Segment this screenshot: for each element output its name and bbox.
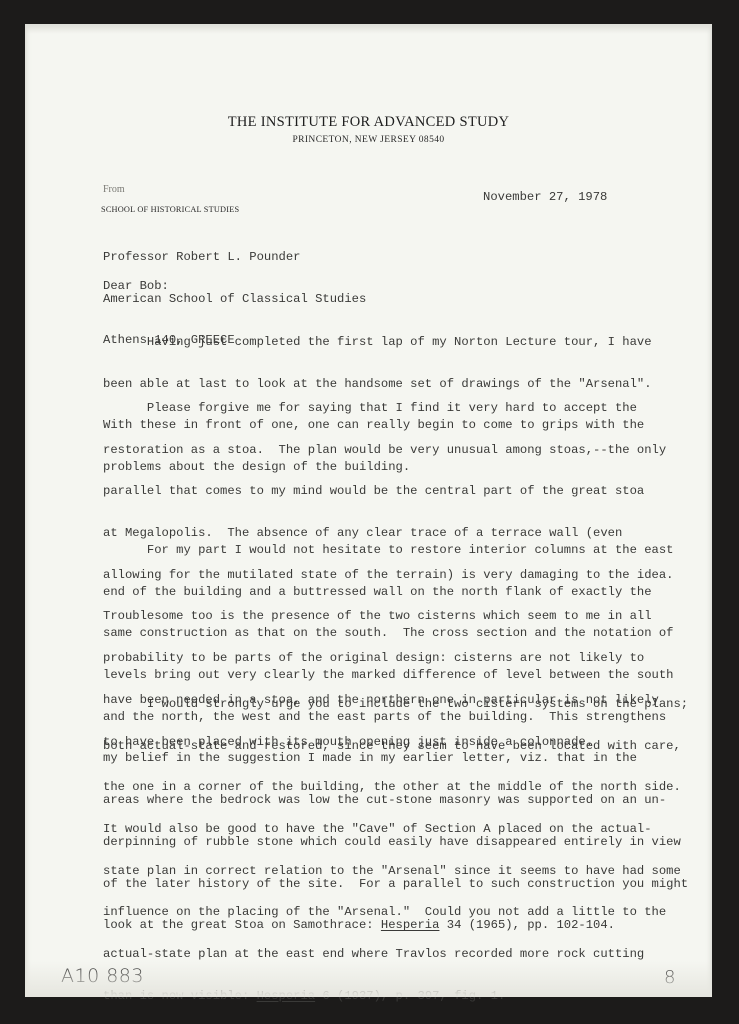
text-line: I would strongly urge you to include the… <box>103 698 688 712</box>
letter-date: November 27, 1978 <box>483 191 607 205</box>
text-line: For my part I would not hesitate to rest… <box>103 544 688 558</box>
body-paragraph-4: I would strongly urge you to include the… <box>103 670 688 1024</box>
salutation: Dear Bob: <box>103 280 169 294</box>
text-line: end of the building and a buttressed wal… <box>103 586 688 600</box>
letterhead-from-mark: From <box>103 184 125 195</box>
text-line: actual-state plan at the east end where … <box>103 948 688 962</box>
journal-citation: Hesperia <box>257 989 316 1003</box>
text-line: Having just completed the first lap of m… <box>103 336 652 350</box>
text-line: same construction as that on the south. … <box>103 627 688 641</box>
recipient-organization: American School of Classical Studies <box>103 293 366 307</box>
text-line: influence on the placing of the "Arsenal… <box>103 906 688 920</box>
text-span: than is now visible: <box>103 989 257 1003</box>
letterhead-school: SCHOOL OF HISTORICAL STUDIES <box>101 205 239 214</box>
letter-page: THE INSTITUTE FOR ADVANCED STUDY PRINCET… <box>25 24 712 997</box>
text-line: both actual-state and restored, since th… <box>103 740 688 754</box>
text-span: 6 (1937), p. 397, fig. 1. <box>315 989 505 1003</box>
letterhead-institution: THE INSTITUTE FOR ADVANCED STUDY <box>25 114 712 131</box>
page-number-handwritten: 8 <box>664 967 675 988</box>
text-line: state plan in correct relation to the "A… <box>103 865 688 879</box>
archive-reference-handwritten: A10 883 <box>61 965 144 987</box>
text-line: Please forgive me for saying that I find… <box>103 402 673 416</box>
letterhead-address: PRINCETON, NEW JERSEY 08540 <box>25 135 712 145</box>
text-line: restoration as a stoa. The plan would be… <box>103 444 673 458</box>
recipient-name: Professor Robert L. Pounder <box>103 251 366 265</box>
text-line: the one in a corner of the building, the… <box>103 781 688 795</box>
text-line: It would also be good to have the "Cave"… <box>103 823 688 837</box>
text-line-citation: than is now visible: Hesperia 6 (1937), … <box>103 990 688 1004</box>
text-line: parallel that comes to my mind would be … <box>103 485 673 499</box>
